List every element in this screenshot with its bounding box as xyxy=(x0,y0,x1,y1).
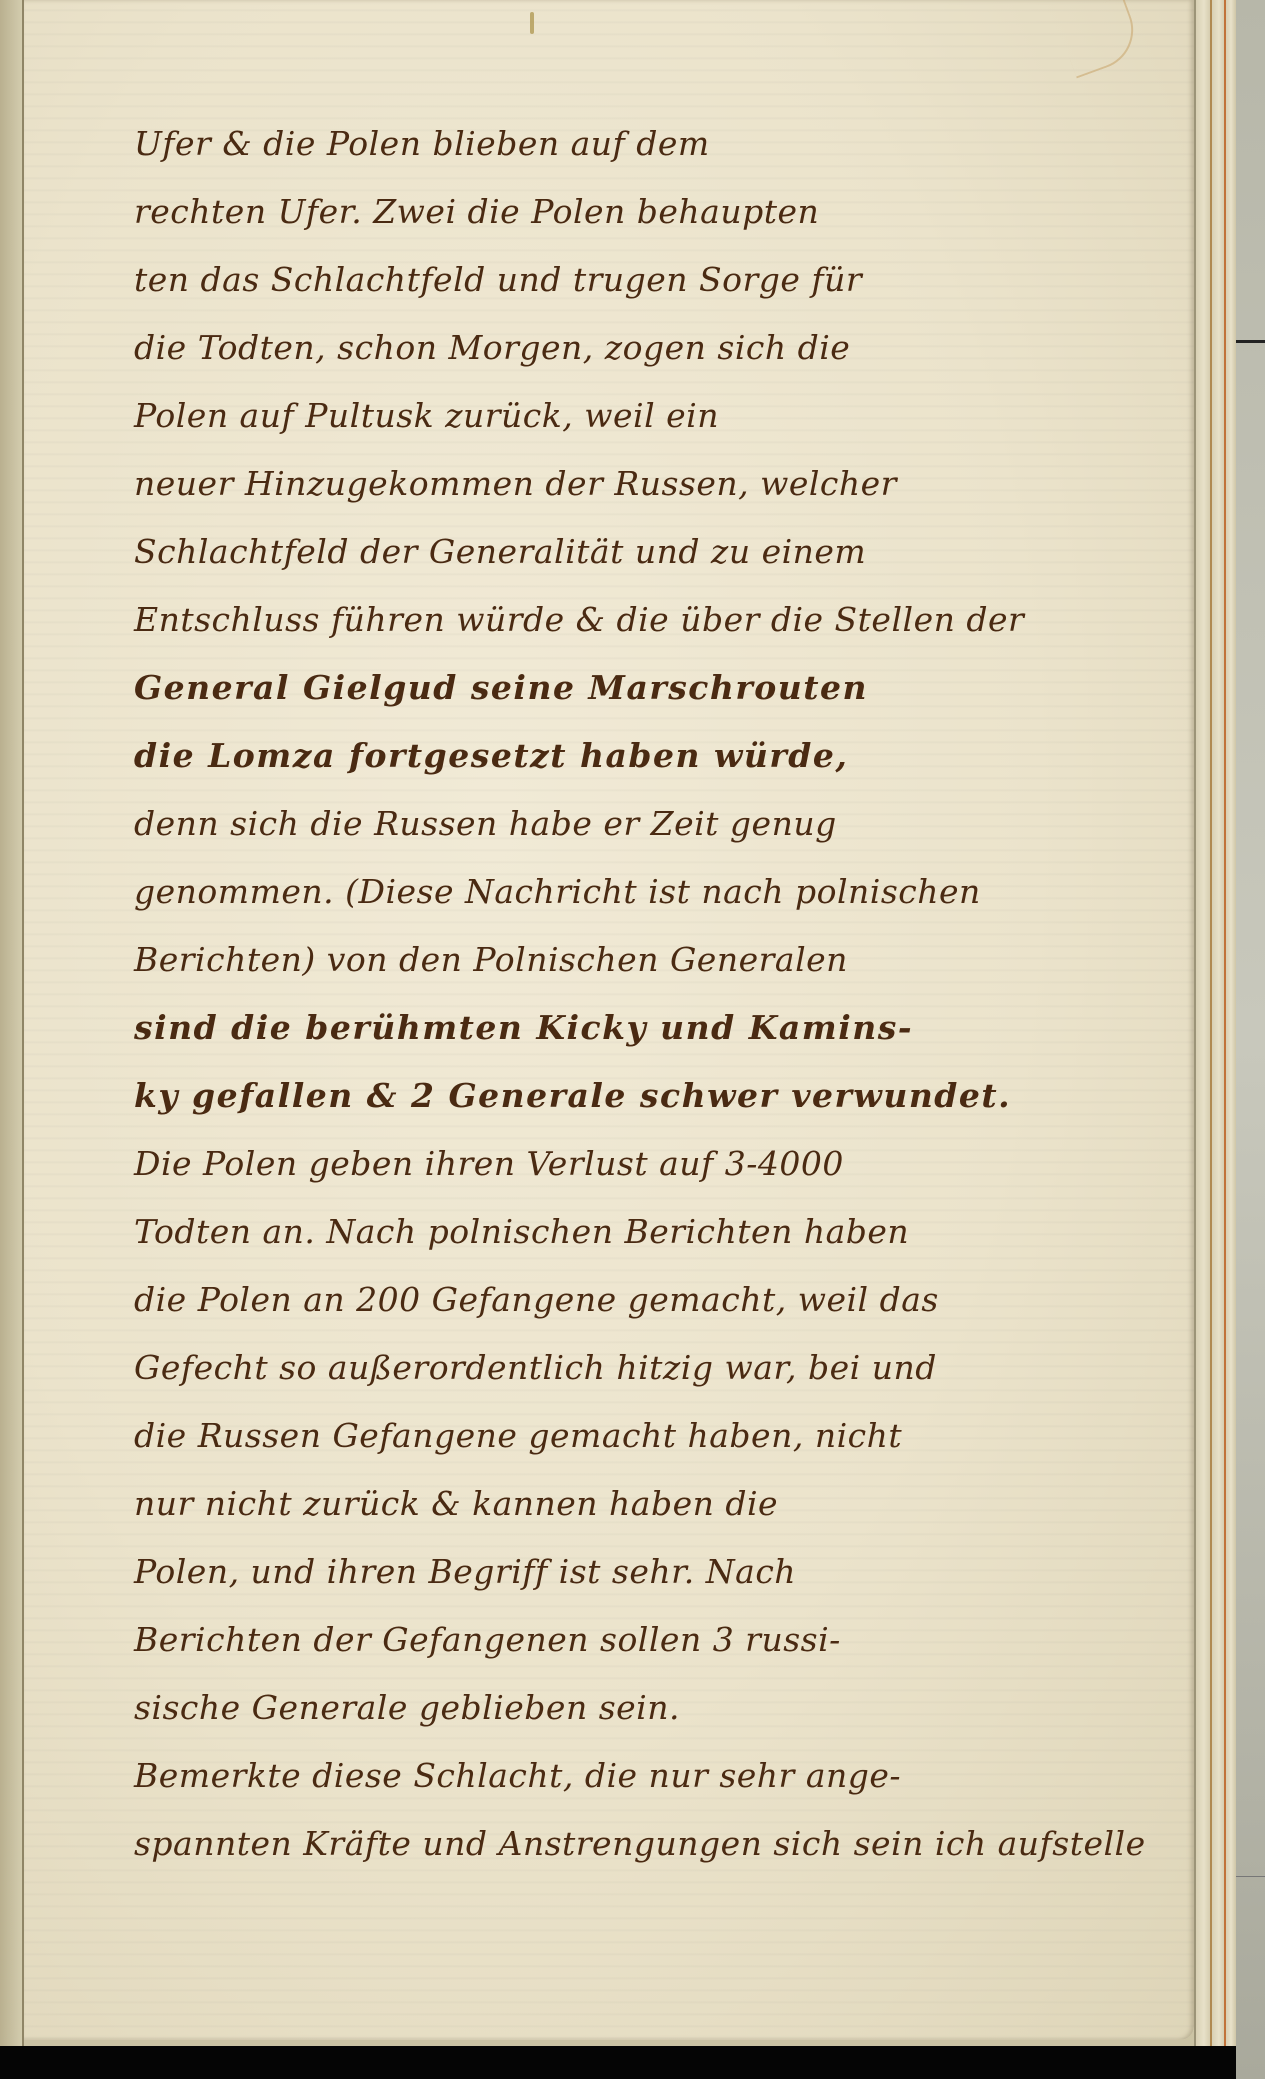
text-line: Bemerkte diese Schlacht, die nur sehr an… xyxy=(134,1742,1134,1810)
text-line: Polen, und ihren Begriff ist sehr. Nach xyxy=(134,1538,1134,1606)
left-page-edge xyxy=(0,0,24,2050)
text-line: ky gefallen & 2 Generale schwer verwunde… xyxy=(134,1062,1134,1130)
text-line: Berichten) von den Polnischen Generalen xyxy=(134,926,1134,994)
text-line: Todten an. Nach polnischen Berichten hab… xyxy=(134,1198,1134,1266)
text-line: Ufer & die Polen blieben auf dem xyxy=(134,110,1134,178)
handwritten-text-block: Ufer & die Polen blieben auf dem rechten… xyxy=(134,110,1134,1878)
text-line: neuer Hinzugekommen der Russen, welcher xyxy=(134,450,1134,518)
text-line: nur nicht zurück & kannen haben die xyxy=(134,1470,1134,1538)
text-line: sind die berühmten Kicky und Kamins- xyxy=(134,994,1134,1062)
surface-line xyxy=(1236,1876,1265,1877)
text-line: die Lomza fortgesetzt haben würde, xyxy=(134,722,1134,790)
text-line: General Gielgud seine Marschrouten xyxy=(134,654,1134,722)
text-line: Gefecht so außerordentlich hitzig war, b… xyxy=(134,1334,1134,1402)
text-line: rechten Ufer. Zwei die Polen behaupten xyxy=(134,178,1134,246)
text-line: Berichten der Gefangenen sollen 3 russi- xyxy=(134,1606,1134,1674)
corner-pencil-mark xyxy=(1056,0,1145,78)
text-line: Polen auf Pultusk zurück, weil ein xyxy=(134,382,1134,450)
scan-bottom-border xyxy=(0,2046,1236,2079)
text-line: die Russen Gefangene gemacht haben, nich… xyxy=(134,1402,1134,1470)
text-line: sische Generale geblieben sein. xyxy=(134,1674,1134,1742)
text-line: Die Polen geben ihren Verlust auf 3-4000 xyxy=(134,1130,1134,1198)
text-line: spannten Kräfte und Anstrengungen sich s… xyxy=(134,1810,1134,1878)
text-line: die Todten, schon Morgen, zogen sich die xyxy=(134,314,1134,382)
text-line: ten das Schlachtfeld und trugen Sorge fü… xyxy=(134,246,1134,314)
surface-line xyxy=(1236,340,1265,343)
text-line: die Polen an 200 Gefangene gemacht, weil… xyxy=(134,1266,1134,1334)
text-line: genommen. (Diese Nachricht ist nach poln… xyxy=(134,858,1134,926)
ink-smudge xyxy=(530,12,534,34)
text-line: Entschluss führen würde & die über die S… xyxy=(134,586,1134,654)
manuscript-page: Ufer & die Polen blieben auf dem rechten… xyxy=(24,0,1194,2040)
text-line: Schlachtfeld der Generalität und zu eine… xyxy=(134,518,1134,586)
text-line: denn sich die Russen habe er Zeit genug xyxy=(134,790,1134,858)
background-surface xyxy=(1236,0,1265,2079)
